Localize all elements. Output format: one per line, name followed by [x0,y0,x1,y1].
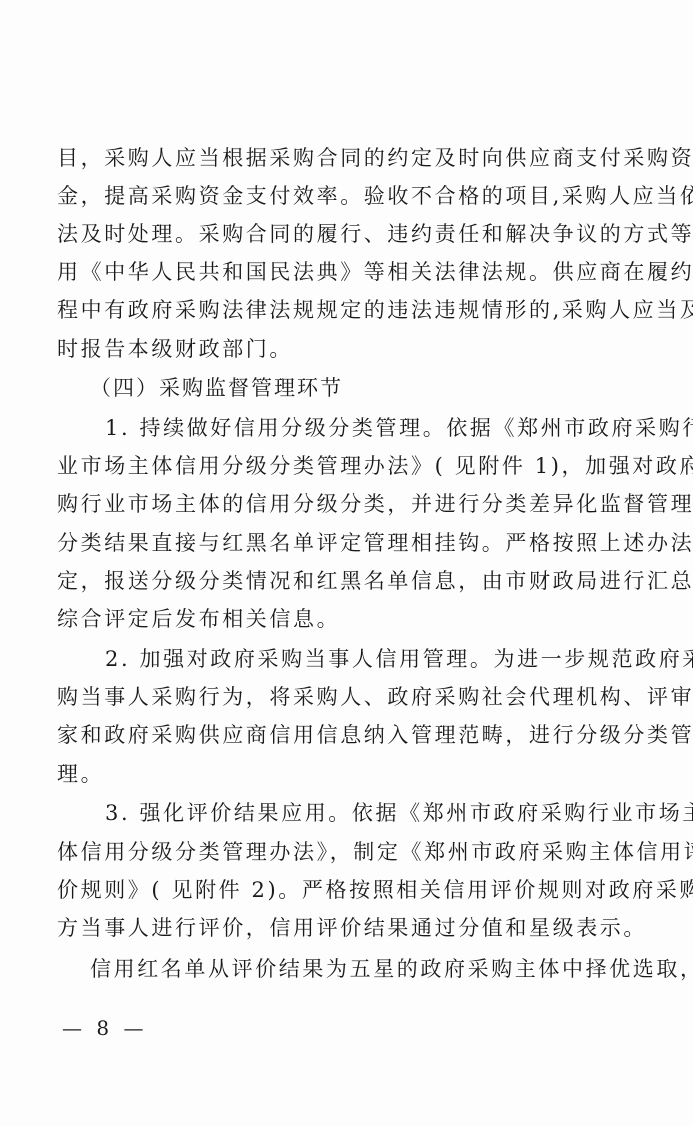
paragraph-line: 信用红名单从评价结果为五星的政府采购主体中择优选取， [90,956,602,982]
paragraph-line: 法及时处理。采购合同的履行、违约责任和解决争议的方式等适 [57,221,617,247]
section-heading: （四）采购监督管理环节 [90,375,602,401]
page-number: — 8 — [62,1016,147,1040]
paragraph-line: 业市场主体信用分级分类管理办法》( 见附件 1)，加强对政府采 [57,453,617,479]
paragraph-line: 金，提高采购资金支付效率。验收不合格的项目,采购人应当依 [57,183,617,209]
paragraph-line: 1. 持续做好信用分级分类管理。依据《郑州市政府采购行 [105,415,617,441]
paragraph-line: 购行业市场主体的信用分级分类，并进行分类差异化监督管理， [57,491,617,517]
paragraph-line: 分类结果直接与红黑名单评定管理相挂钩。严格按照上述办法规 [57,530,617,556]
paragraph-line: 购当事人采购行为，将采购人、政府采购社会代理机构、评审专 [57,684,617,710]
paragraph-line: 方当事人进行评价，信用评价结果通过分值和星级表示。 [57,915,617,941]
document-page: 目，采购人应当根据采购合同的约定及时向供应商支付采购资 金，提高采购资金支付效率… [0,0,693,1126]
paragraph-line: 理。 [57,761,617,787]
paragraph-line: 用《中华人民共和国民法典》等相关法律法规。供应商在履约过 [57,259,617,285]
paragraph-line: 定，报送分级分类情况和红黑名单信息，由市财政局进行汇总， [57,568,617,594]
paragraph-line: 3. 强化评价结果应用。依据《郑州市政府采购行业市场主 [105,800,617,826]
paragraph-line: 程中有政府采购法律法规规定的违法违规情形的,采购人应当及 [57,297,617,323]
paragraph-line: 目，采购人应当根据采购合同的约定及时向供应商支付采购资 [57,145,617,171]
paragraph-line: 综合评定后发布相关信息。 [57,606,617,632]
paragraph-line: 价规则》( 见附件 2)。严格按照相关信用评价规则对政府采购各 [57,877,617,903]
paragraph-line: 时报告本级财政部门。 [57,336,617,362]
paragraph-line: 2. 加强对政府采购当事人信用管理。为进一步规范政府采 [105,646,617,672]
paragraph-line: 体信用分级分类管理办法》，制定《郑州市政府采购主体信用评 [57,839,617,865]
paragraph-line: 家和政府采购供应商信用信息纳入管理范畴，进行分级分类管 [57,722,617,748]
